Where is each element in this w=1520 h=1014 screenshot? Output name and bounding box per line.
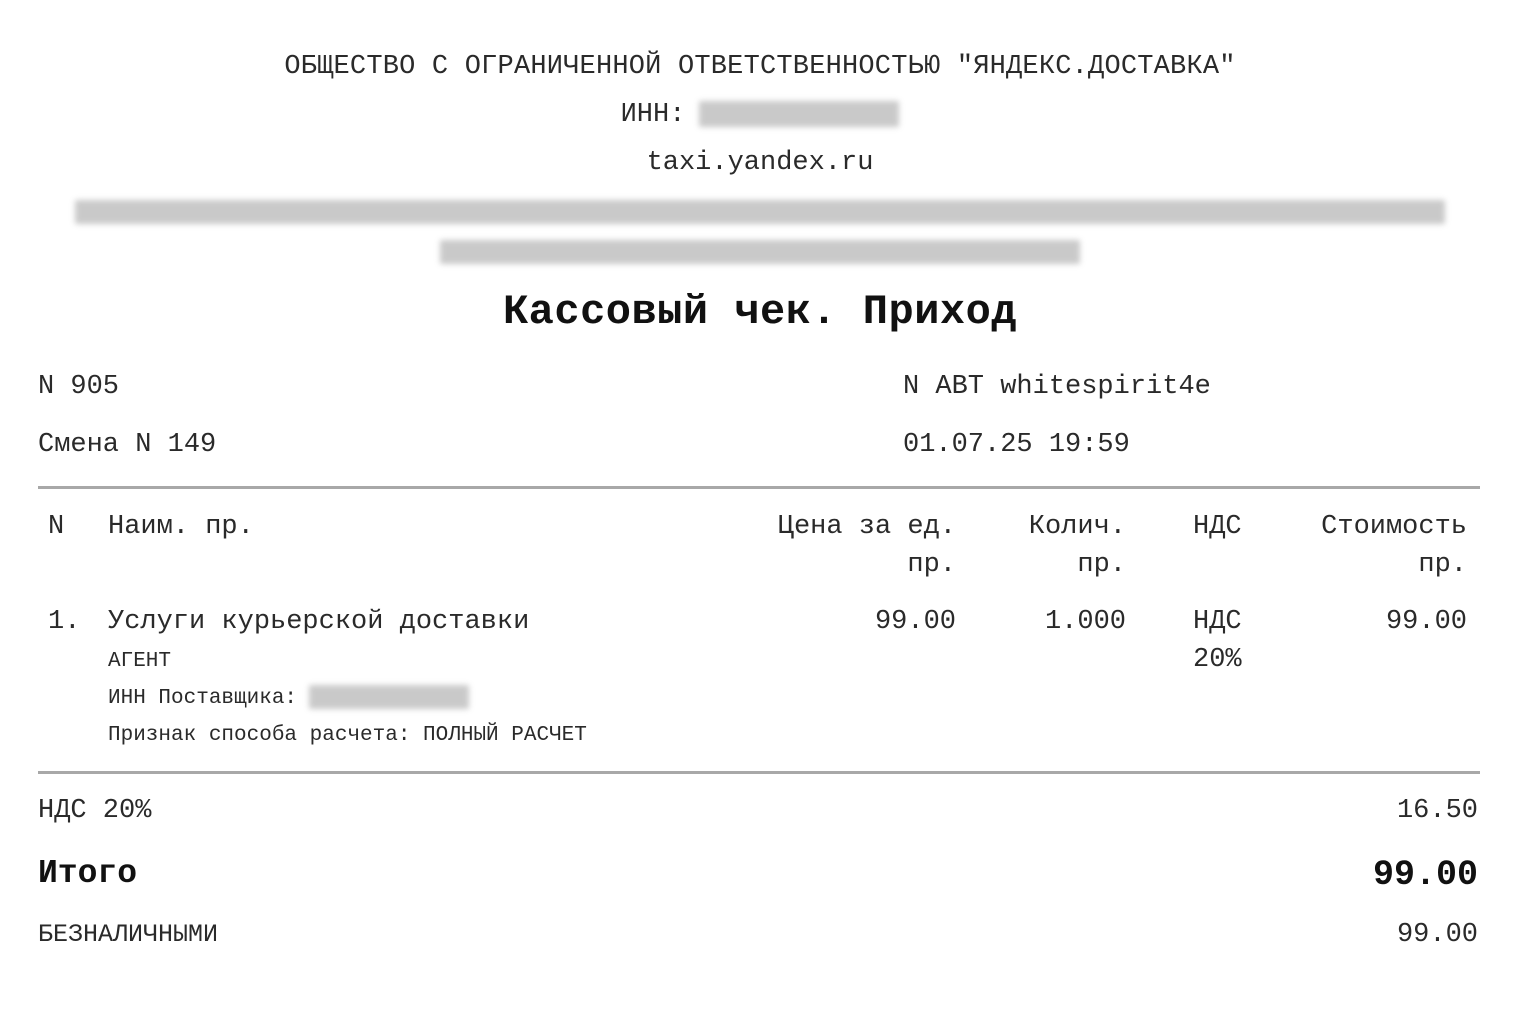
item-price: 99.00 bbox=[700, 603, 956, 641]
col-name: Наим. пр. bbox=[108, 508, 254, 546]
vat-label: НДС 20% bbox=[38, 796, 151, 826]
inn-label: ИНН: bbox=[621, 100, 686, 130]
organization-name: ОБЩЕСТВО С ОГРАНИЧЕННОЙ ОТВЕТСТВЕННОСТЬЮ… bbox=[0, 52, 1520, 82]
col-vat: НДС bbox=[1193, 508, 1242, 546]
website: taxi.yandex.ru bbox=[0, 148, 1520, 178]
divider bbox=[38, 771, 1480, 774]
item-cost: 99.00 bbox=[1270, 603, 1467, 641]
col-n: N bbox=[48, 508, 64, 546]
supplier-inn: ИНН Поставщика: bbox=[108, 680, 469, 718]
machine-number: N АВТ whitespirit4e bbox=[903, 372, 1211, 402]
organization-inn: ИНН: bbox=[0, 100, 1520, 130]
inn-value-redacted bbox=[699, 101, 899, 127]
row-number: 1. bbox=[48, 603, 80, 641]
shift-number: Смена N 149 bbox=[38, 430, 216, 460]
address-redacted-line-2 bbox=[0, 240, 1520, 270]
col-qty: Колич.пр. bbox=[990, 508, 1126, 584]
cashless-label: БЕЗНАЛИЧНЫМИ bbox=[38, 920, 218, 949]
payment-method: Признак способа расчета: ПОЛНЫЙ РАСЧЕТ bbox=[108, 717, 587, 755]
supplier-inn-redacted bbox=[309, 685, 469, 709]
total-value: 99.00 bbox=[1200, 855, 1478, 895]
item-name: Услуги курьерской доставки bbox=[108, 603, 529, 641]
item-qty: 1.000 bbox=[990, 603, 1126, 641]
receipt: ОБЩЕСТВО С ОГРАНИЧЕННОЙ ОТВЕТСТВЕННОСТЬЮ… bbox=[0, 0, 1520, 1014]
item-vat: НДС20% bbox=[1193, 603, 1242, 679]
item-agent: АГЕНТ bbox=[108, 643, 171, 681]
address-redacted-line-1 bbox=[0, 200, 1520, 230]
receipt-number: N 905 bbox=[38, 372, 119, 402]
receipt-title: Кассовый чек. Приход bbox=[0, 288, 1520, 336]
col-price: Цена за ед.пр. bbox=[700, 508, 956, 584]
total-label: Итого bbox=[38, 855, 137, 892]
col-cost: Стоимостьпр. bbox=[1270, 508, 1467, 584]
receipt-datetime: 01.07.25 19:59 bbox=[903, 430, 1130, 460]
cashless-value: 99.00 bbox=[1200, 920, 1478, 950]
divider bbox=[38, 486, 1480, 489]
vat-value: 16.50 bbox=[1200, 796, 1478, 826]
